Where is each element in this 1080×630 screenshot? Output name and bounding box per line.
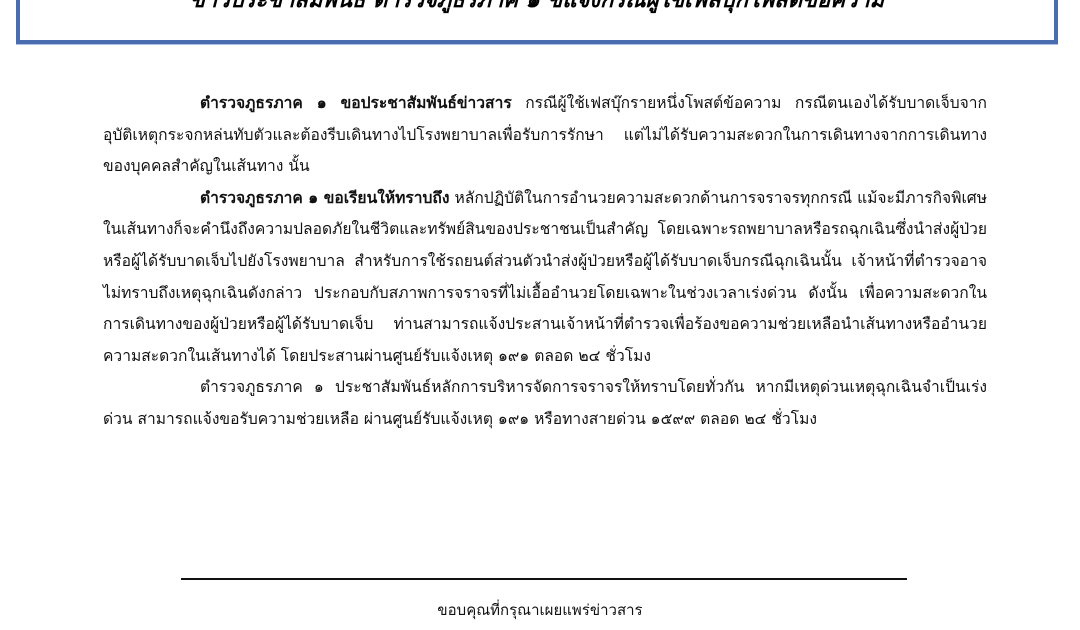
header-box: ข่าวประชาสัมพันธ์ ตำรวจภูธรภาค ๑ ชี้แจงก… bbox=[16, 0, 1058, 44]
paragraph-3: ตำรวจภูธรภาค ๑ ประชาสัมพันธ์หลักการบริหา… bbox=[103, 372, 987, 435]
press-release-body: ตำรวจภูธรภาค ๑ ขอประชาสัมพันธ์ข่าวสาร กร… bbox=[103, 88, 987, 436]
paragraph-2: ตำรวจภูธรภาค ๑ ขอเรียนให้ทราบถึง หลักปฏิ… bbox=[103, 183, 987, 373]
footer-divider bbox=[181, 578, 907, 580]
paragraph-3-text: ตำรวจภูธรภาค ๑ ประชาสัมพันธ์หลักการบริหา… bbox=[103, 378, 987, 428]
paragraph-1: ตำรวจภูธรภาค ๑ ขอประชาสัมพันธ์ข่าวสาร กร… bbox=[103, 88, 987, 183]
paragraph-1-lead: ตำรวจภูธรภาค ๑ ขอประชาสัมพันธ์ข่าวสาร bbox=[200, 94, 512, 112]
paragraph-2-lead: ตำรวจภูธรภาค ๑ ขอเรียนให้ทราบถึง bbox=[200, 189, 449, 207]
header-title: ข่าวประชาสัมพันธ์ ตำรวจภูธรภาค ๑ ชี้แจงก… bbox=[20, 0, 1054, 14]
footer-thanks: ขอบคุณที่กรุณาเผยแพร่ข่าวสาร bbox=[0, 598, 1080, 622]
paragraph-2-text: หลักปฏิบัติในการอำนวยความสะดวกด้านการจรา… bbox=[103, 189, 987, 365]
